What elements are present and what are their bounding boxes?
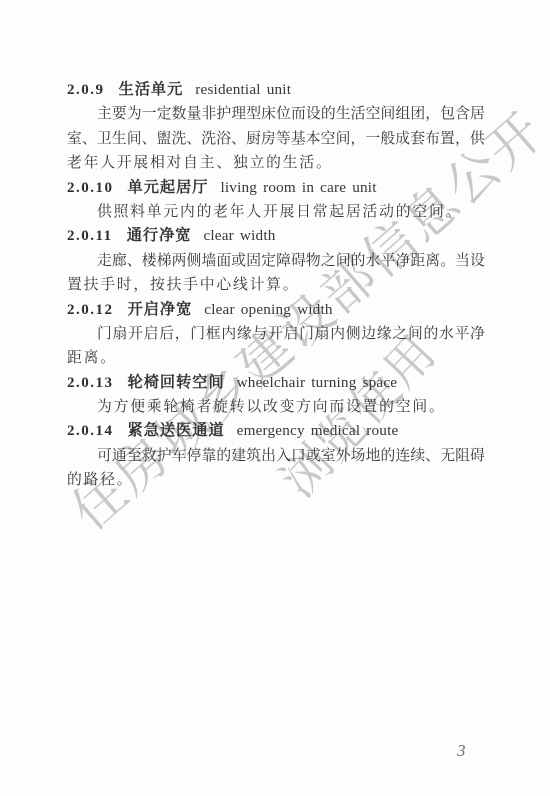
term-en: clear width bbox=[203, 227, 275, 244]
term-heading: 2.0.12开启净宽clear opening width bbox=[67, 298, 485, 322]
term-entry: 2.0.13轮椅回转空间wheelchair turning space为方便乘… bbox=[67, 371, 485, 420]
definition-line: 可通至救护车停靠的建筑出入口或室外场地的连续、无阻碍 bbox=[67, 444, 485, 468]
definition-line: 室、卫生间、盥洗、洗浴、厨房等基本空间，一般成套布置，供 bbox=[67, 127, 485, 151]
term-number: 2.0.9 bbox=[67, 82, 105, 98]
page-number: 3 bbox=[457, 741, 466, 761]
term-heading: 2.0.9生活单元residential unit bbox=[67, 78, 485, 102]
definition-line: 老年人开展相对自主、独立的生活。 bbox=[67, 151, 485, 175]
definition: 供照料单元内的老年人开展日常起居活动的空间。 bbox=[67, 200, 485, 224]
definition-line: 供照料单元内的老年人开展日常起居活动的空间。 bbox=[67, 200, 485, 224]
definition-line: 距离。 bbox=[67, 346, 485, 370]
definition: 主要为一定数量非护理型床位而设的生活空间组团，包含居室、卫生间、盥洗、洗浴、厨房… bbox=[67, 102, 485, 175]
term-en: wheelchair turning space bbox=[237, 374, 398, 391]
term-zh: 单元起居厅 bbox=[128, 179, 209, 196]
definition-line: 门扇开启后，门框内缘与开启门扇内侧边缘之间的水平净 bbox=[67, 322, 485, 346]
definition-line: 主要为一定数量非护理型床位而设的生活空间组团，包含居 bbox=[67, 102, 485, 126]
definition: 走廊、楼梯两侧墙面或固定障碍物之间的水平净距离。当设置扶手时，按扶手中心线计算。 bbox=[67, 249, 485, 298]
term-entry: 2.0.14紧急送医通道emergency medical route可通至救护… bbox=[67, 419, 485, 492]
term-number: 2.0.11 bbox=[67, 228, 113, 244]
definition-line: 为方便乘轮椅者旋转以改变方向而设置的空间。 bbox=[67, 395, 485, 419]
term-number: 2.0.13 bbox=[67, 375, 114, 391]
terms-list: 2.0.9生活单元residential unit主要为一定数量非护理型床位而设… bbox=[67, 78, 485, 493]
term-zh: 开启净宽 bbox=[128, 301, 193, 318]
term-heading: 2.0.10单元起居厅living room in care unit bbox=[67, 176, 485, 200]
term-number: 2.0.12 bbox=[67, 302, 114, 318]
term-zh: 生活单元 bbox=[119, 81, 184, 98]
definition-line: 走廊、楼梯两侧墙面或固定障碍物之间的水平净距离。当设 bbox=[67, 249, 485, 273]
term-zh: 紧急送医通道 bbox=[128, 422, 225, 439]
term-en: residential unit bbox=[195, 81, 291, 98]
definition: 可通至救护车停靠的建筑出入口或室外场地的连续、无阻碍的路径。 bbox=[67, 444, 485, 493]
term-en: living room in care unit bbox=[220, 179, 376, 196]
term-heading: 2.0.14紧急送医通道emergency medical route bbox=[67, 419, 485, 443]
term-heading: 2.0.13轮椅回转空间wheelchair turning space bbox=[67, 371, 485, 395]
term-entry: 2.0.10单元起居厅living room in care unit供照料单元… bbox=[67, 176, 485, 225]
term-entry: 2.0.9生活单元residential unit主要为一定数量非护理型床位而设… bbox=[67, 78, 485, 176]
term-zh: 通行净宽 bbox=[127, 227, 192, 244]
definition: 门扇开启后，门框内缘与开启门扇内侧边缘之间的水平净距离。 bbox=[67, 322, 485, 371]
term-en: clear opening width bbox=[204, 301, 332, 318]
definition: 为方便乘轮椅者旋转以改变方向而设置的空间。 bbox=[67, 395, 485, 419]
definition-line: 的路径。 bbox=[67, 468, 485, 492]
definition-line: 置扶手时，按扶手中心线计算。 bbox=[67, 273, 485, 297]
term-heading: 2.0.11通行净宽clear width bbox=[67, 224, 485, 248]
term-zh: 轮椅回转空间 bbox=[128, 374, 225, 391]
page: 住房城乡建设部信息公开 浏览使用 2.0.9生活单元residential un… bbox=[0, 0, 550, 796]
term-entry: 2.0.12开启净宽clear opening width门扇开启后，门框内缘与… bbox=[67, 298, 485, 371]
term-entry: 2.0.11通行净宽clear width走廊、楼梯两侧墙面或固定障碍物之间的水… bbox=[67, 224, 485, 297]
term-en: emergency medical route bbox=[237, 422, 399, 439]
term-number: 2.0.10 bbox=[67, 180, 114, 196]
term-number: 2.0.14 bbox=[67, 423, 114, 439]
